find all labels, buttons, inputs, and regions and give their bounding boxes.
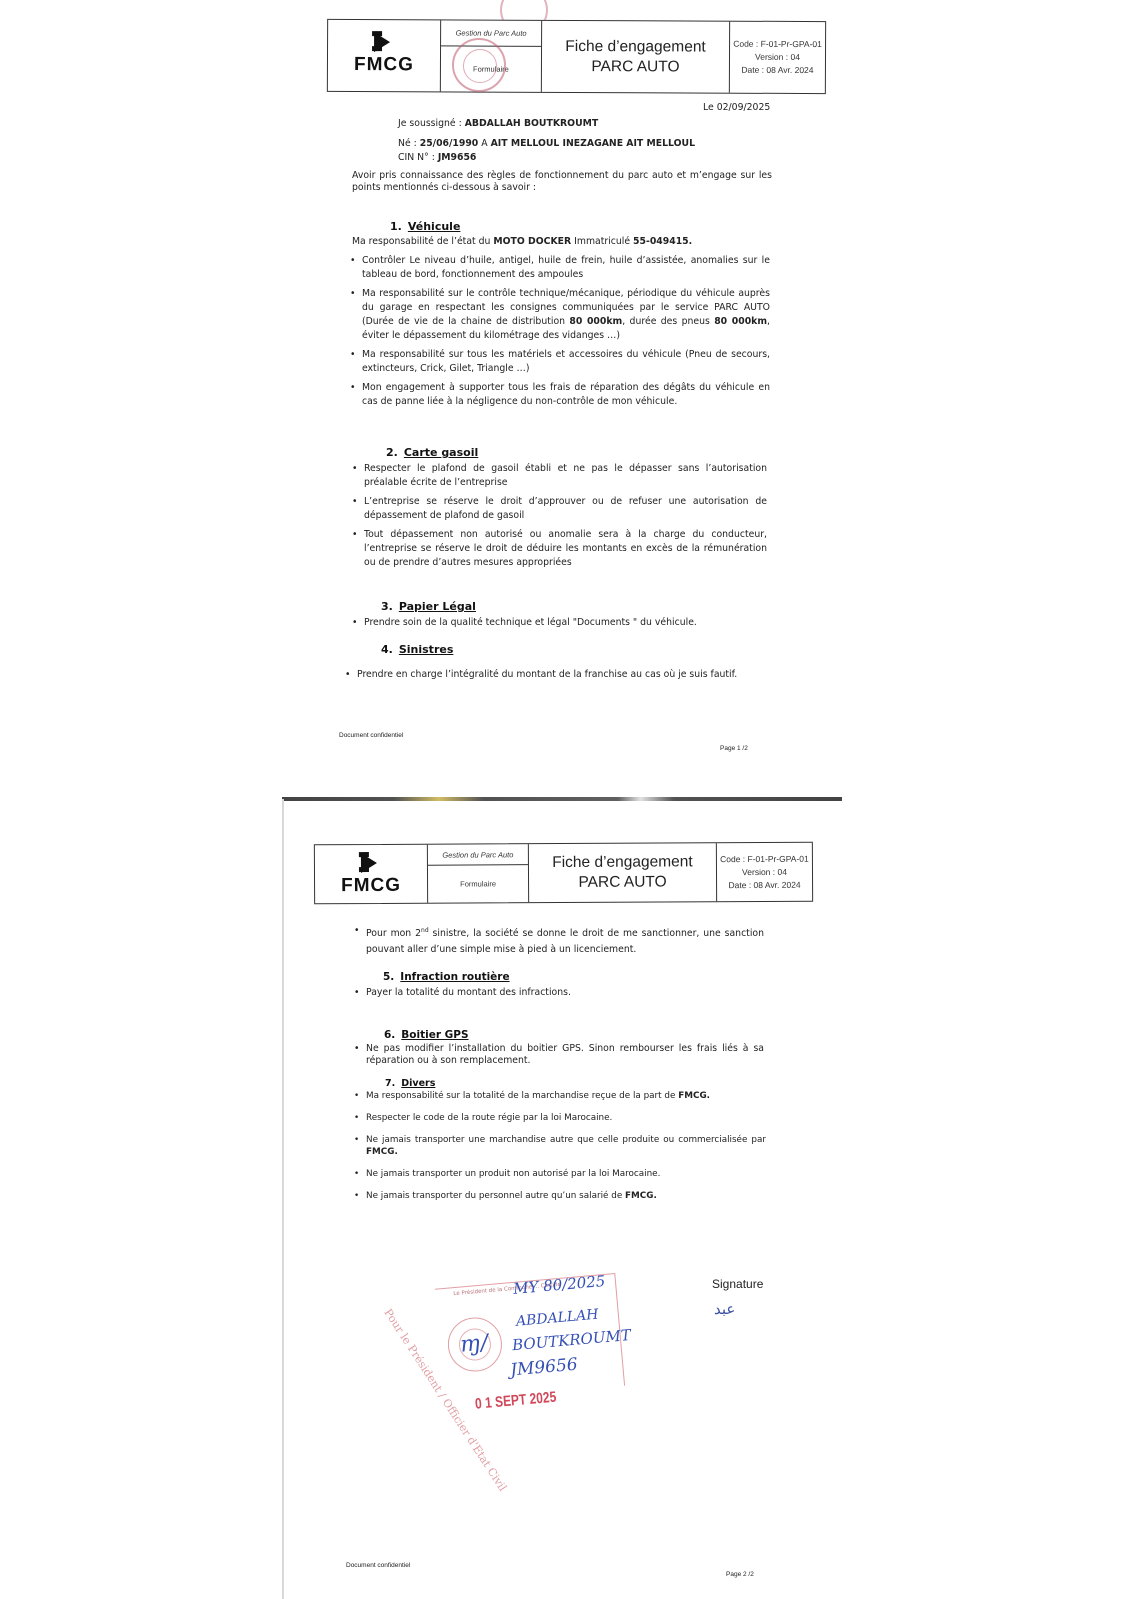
signatory-name: ABDALLAH BOUTKROUMT — [465, 118, 599, 129]
document-code-block: Code : F-01-Pr-GPA-01 Version : 04 Date … — [717, 843, 812, 901]
list-item: Payer la totalité du montant des infract… — [354, 986, 764, 1001]
section-heading-papier-legal: 3.Papier Légal — [381, 600, 476, 613]
cin-value: JM9656 — [438, 152, 477, 163]
signature-mark: عبد — [714, 1300, 735, 1318]
title-line-1: Fiche d’engagement — [565, 36, 706, 57]
papier-legal-list: Prendre soin de la qualité technique et … — [352, 616, 772, 636]
carte-gasoil-list: Respecter le plafond de gasoil établi et… — [352, 462, 767, 575]
section-heading-divers: 7.Divers — [385, 1078, 435, 1089]
birth-line: Né : 25/06/1990 A AIT MELLOUL INEZAGANE … — [398, 138, 695, 150]
department-label: Gestion du Parc Auto — [428, 844, 528, 866]
vehicule-list: Contrôler Le niveau d’huile, antigel, hu… — [350, 254, 770, 414]
doc-version: Version : 04 — [755, 51, 800, 64]
list-item: Ne jamais transporter un produit non aut… — [354, 1168, 766, 1180]
section-heading-vehicule: 1.Véhicule — [390, 220, 460, 233]
section-heading-sinistres: 4.Sinistres — [381, 643, 453, 656]
document-header-page-1: FMCG Gestion du Parc Auto Formulaire Fic… — [327, 19, 826, 94]
logo-text: FMCG — [354, 54, 414, 76]
list-item: Mon engagement à supporter tous les frai… — [350, 381, 770, 409]
doc-date: Date : 08 Avr. 2024 — [728, 878, 800, 891]
signatory-line: Je soussigné : ABDALLAH BOUTKROUMT — [398, 118, 598, 130]
list-item: Tout dépassement non autorisé ou anomali… — [352, 528, 767, 570]
document-header-page-2: FMCG Gestion du Parc Auto Formulaire Fic… — [314, 842, 813, 905]
logo-arrow-icon — [372, 31, 396, 51]
cin-line: CIN N° : JM9656 — [398, 152, 476, 164]
list-item: Ma responsabilité sur tous les matériels… — [350, 348, 770, 376]
list-item: Prendre soin de la qualité technique et … — [352, 616, 772, 631]
page-number-1: Page 1 /2 — [720, 745, 748, 752]
title-line-2: PARC AUTO — [578, 872, 666, 892]
doc-type-label: Formulaire — [428, 865, 528, 902]
list-item: Ma responsabilité sur le contrôle techni… — [350, 287, 770, 343]
vehicle-plate: 55-049415. — [633, 236, 692, 247]
document-title: Fiche d’engagement PARC AUTO — [542, 21, 730, 93]
section-heading-infraction: 5.Infraction routière — [383, 971, 510, 983]
list-item: Respecter le plafond de gasoil établi et… — [352, 462, 767, 490]
footer-confidential-2: Document confidentiel — [346, 1562, 410, 1569]
list-item: Ne jamais transporter du personnel autre… — [354, 1190, 766, 1202]
legalization-stamp: Pour le Président / Officier d'Etat Civi… — [395, 1266, 636, 1421]
intro-paragraph: Avoir pris connaissance des règles de fo… — [352, 170, 772, 194]
list-item: L’entreprise se réserve le droit d’appro… — [352, 495, 767, 523]
title-line-1: Fiche d’engagement — [552, 852, 693, 873]
logo-arrow-icon — [359, 851, 383, 871]
doc-version: Version : 04 — [742, 865, 787, 878]
birth-date: 25/06/1990 — [420, 138, 479, 149]
official-round-stamp — [452, 38, 506, 92]
list-item: Respecter le code de la route régie par … — [354, 1112, 766, 1124]
page-separator — [282, 797, 842, 801]
list-item: Ne jamais transporter une marchandise au… — [354, 1134, 766, 1158]
list-item: Prendre en charge l’intégralité du monta… — [345, 668, 775, 683]
list-item: Ma responsabilité sur la totalité de la … — [354, 1090, 766, 1102]
company-logo: FMCG — [315, 845, 428, 904]
list-item: Contrôler Le niveau d’huile, antigel, hu… — [350, 254, 770, 282]
sinistres-continued-list: Pour mon 2nd sinistre, la société se don… — [354, 923, 764, 963]
vehicle-model: MOTO DOCKER — [493, 236, 571, 247]
doc-code: Code : F-01-Pr-GPA-01 — [733, 38, 822, 51]
birth-place: AIT MELLOUL INEZAGANE AIT MELLOUL — [491, 138, 695, 149]
list-item: Pour mon 2nd sinistre, la société se don… — [354, 923, 764, 958]
divers-list: Ma responsabilité sur la totalité de la … — [354, 1090, 766, 1207]
document-date: Le 02/09/2025 — [703, 102, 770, 114]
signature-label: Signature — [712, 1277, 763, 1291]
document-code-block: Code : F-01-Pr-GPA-01 Version : 04 Date … — [730, 22, 825, 93]
infraction-list: Payer la totalité du montant des infract… — [354, 986, 764, 1006]
vehicle-responsibility-line: Ma responsabilité de l’état du MOTO DOCK… — [352, 236, 692, 248]
list-item: Ne pas modifier l’installation du boitie… — [354, 1043, 764, 1067]
doc-date: Date : 08 Avr. 2024 — [741, 64, 813, 77]
logo-text: FMCG — [341, 874, 401, 896]
document-title: Fiche d’engagement PARC AUTO — [529, 843, 717, 902]
footer-confidential-1: Document confidentiel — [339, 732, 403, 739]
page-number-2: Page 2 /2 — [726, 1571, 754, 1578]
gps-list: Ne pas modifier l’installation du boitie… — [354, 1043, 764, 1072]
title-line-2: PARC AUTO — [591, 57, 679, 77]
section-heading-gps: 6.Boitier GPS — [384, 1029, 469, 1041]
doc-code: Code : F-01-Pr-GPA-01 — [720, 852, 809, 865]
company-logo: FMCG — [328, 20, 441, 91]
sinistres-list: Prendre en charge l’intégralité du monta… — [345, 668, 775, 688]
section-heading-carte-gasoil: 2.Carte gasoil — [386, 446, 478, 459]
